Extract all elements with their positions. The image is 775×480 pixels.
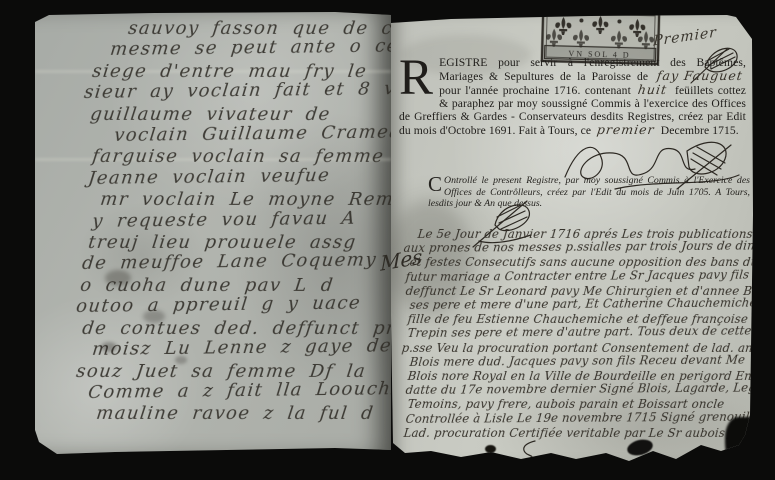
ink-stain (143, 310, 165, 323)
ink-blot (626, 437, 655, 458)
dropcap-letter: C (428, 175, 444, 194)
page-tear (725, 417, 753, 463)
manuscript-line: mauline ravoe z la ful d (95, 403, 391, 424)
manuscript-line: Blois mere dud. Jacques pavy son fils Re… (409, 352, 753, 369)
manuscript-line: Jeanne voclain veufue (87, 164, 391, 189)
manuscript-line: futur mariage a Contracter entre Le Sr J… (405, 267, 753, 284)
manuscript-line: Trepin ses pere et mere d'autre part. To… (407, 324, 753, 341)
handwritten-insertion: huit (634, 83, 671, 96)
ink-stain (101, 342, 117, 352)
manuscript-line: outoo a ppreuil g y uace (75, 292, 391, 317)
manuscript-line: datte du 17e novembre dernier Signé Bloi… (405, 381, 753, 398)
scanned-register-spread: sauvoy fasson que de casmesme se peut an… (0, 0, 775, 480)
manuscript-line: sieur ay voclain fait et 8 vs (83, 78, 391, 103)
ink-stain (105, 270, 131, 286)
dropcap-letter: R (399, 56, 439, 99)
printed-text: pour l'année prochaine 1716. contenant (439, 84, 635, 97)
printed-header: REGISTRE pour servir à l'enregistrement … (399, 56, 746, 137)
ink-stain (175, 356, 187, 364)
printed-header-body: EGISTRE pour servir à l'enregistrement d… (399, 56, 746, 137)
manuscript-line: moisz Lu Lenne z gaye de (91, 335, 391, 360)
manuscript-line: de meuffoe Lane Coquemy (81, 250, 391, 275)
final-flourish (515, 439, 543, 463)
manuscript-line: mesme se peut ante o celu (109, 36, 391, 61)
left-page: sauvoy fasson que de casmesme se peut an… (35, 12, 391, 454)
manuscript-line: aux prones de nos messes p.ssialles par … (403, 239, 753, 256)
marriage-act-text: Le 5e Jour de Janvier 1716 aprés Les tro… (397, 227, 751, 440)
manuscript-line: ses pere et mere d'une part, Et Catherin… (409, 296, 753, 313)
manuscript-line: Lad. procuration Certifiée veritable par… (403, 426, 752, 440)
handwritten-insertion: fay Fauguet (653, 69, 747, 82)
manuscript-line: Comme a z fait lla Loouchz (87, 378, 391, 403)
manuscript-line: Controllée à Lisle Le 19e novembre 1715 … (405, 409, 753, 426)
left-manuscript-text: sauvoy fasson que de casmesme se peut an… (35, 18, 391, 425)
manuscript-line: voclain Guillaume Cramea (113, 122, 391, 147)
right-page: VN SOL 4 D Premier REGISTRE pour servir … (391, 15, 753, 463)
manuscript-line: y requeste vou favau A (91, 207, 391, 232)
ink-blot (485, 445, 496, 453)
